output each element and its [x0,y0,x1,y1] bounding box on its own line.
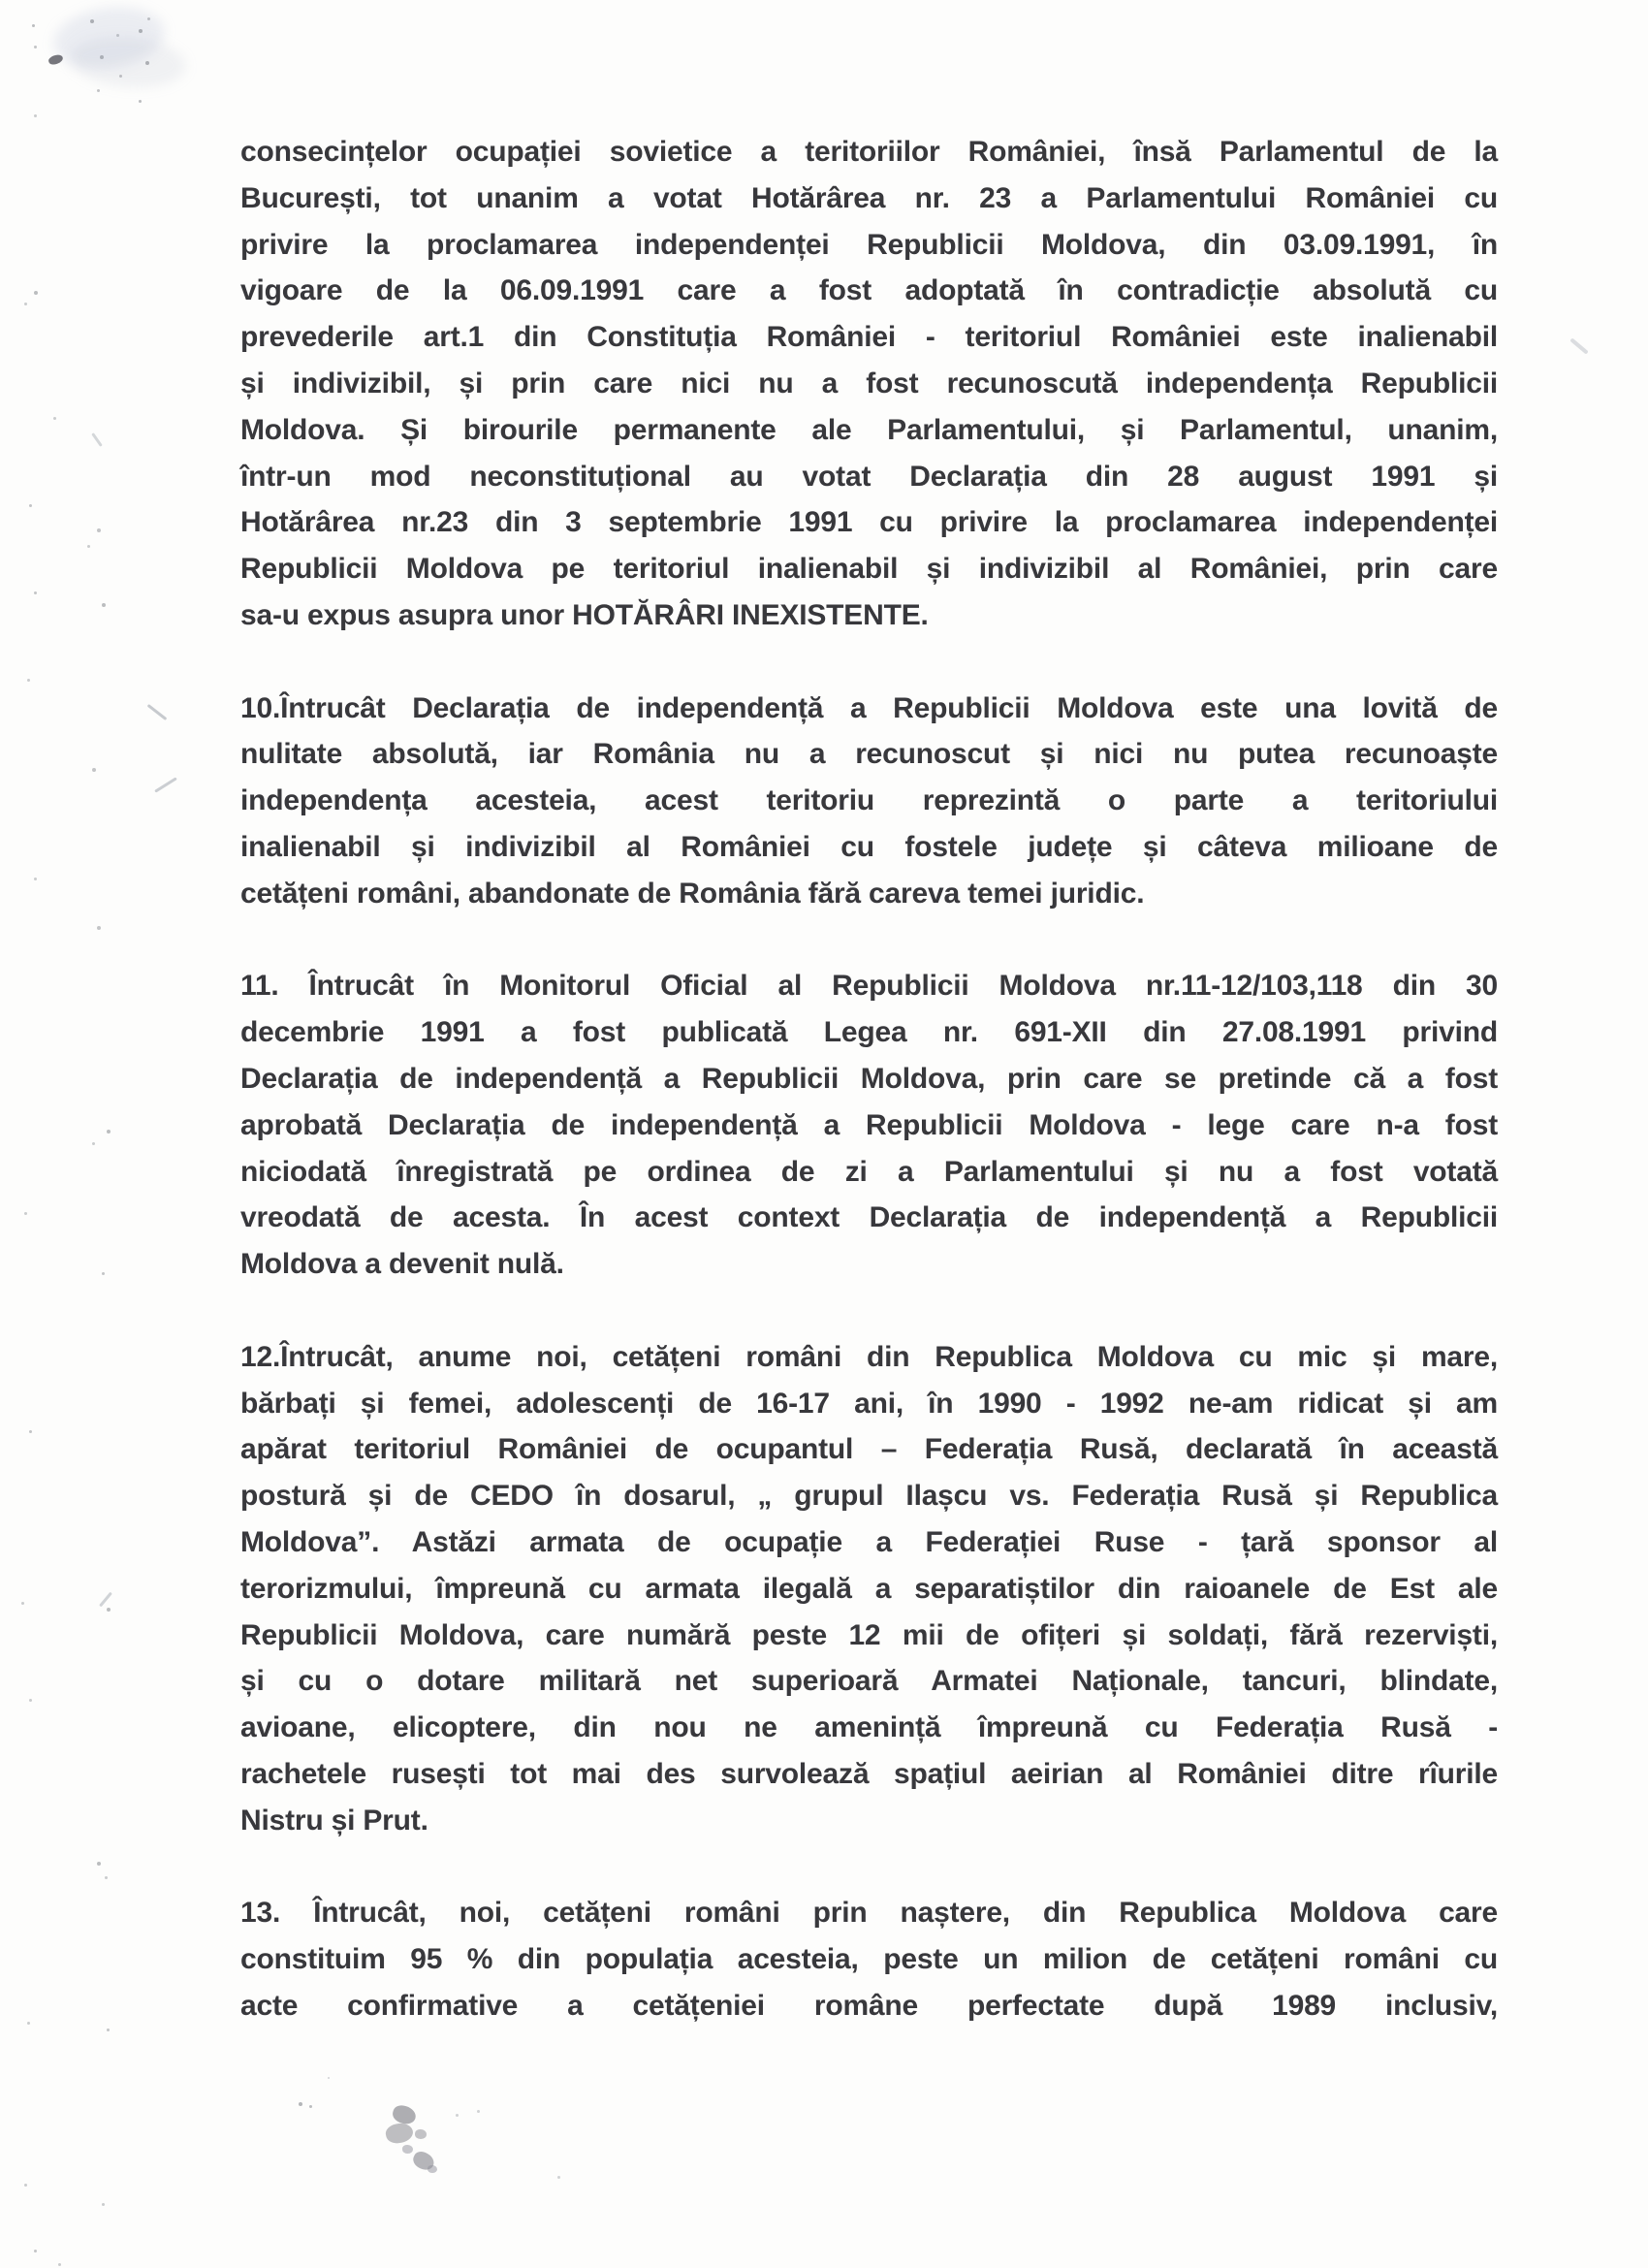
scan-speck [97,89,100,92]
text-line: Republicii Moldova, care numără peste 12… [240,1613,1498,1659]
scan-speck [309,2105,312,2108]
paragraph-item-13: 13. Întrucât, noi, cetățeni români prin … [240,1890,1498,2028]
text-line: privire la proclamarea independenței Rep… [240,222,1498,269]
text-line: 10.Întrucât Declarația de independență a… [240,686,1498,732]
text-line: Moldova. Și birourile permanente ale Par… [240,407,1498,454]
paragraph-item-10: 10.Întrucât Declarația de independență a… [240,686,1498,917]
text-line: București, tot unanim a votat Hotărârea … [240,176,1498,222]
scan-speck [477,2110,480,2113]
scan-speck [97,528,101,532]
text-line: constituim 95 % din populația acesteia, … [240,1936,1498,1983]
scan-speck [102,2203,105,2206]
scan-speck [27,679,30,682]
scan-speck [102,1272,105,1275]
text-line: decembrie 1991 a fost publicată Legea nr… [240,1009,1498,1056]
scan-speck [58,2263,61,2266]
text-line: bărbați și femei, adolescenți de 16-17 a… [240,1381,1498,1427]
text-line: sa-u expus asupra unor HOTĂRÂRI INEXISTE… [240,592,1498,639]
text-line: independența acesteia, acest teritoriu r… [240,778,1498,824]
scan-speck [53,417,56,420]
scan-speck [34,291,38,295]
scan-speck [105,1876,108,1879]
scan-speck [87,545,90,548]
text-line: prevederile art.1 din Constituția Români… [240,314,1498,361]
scan-ink-blot [415,2129,427,2139]
scan-speck [139,100,142,103]
text-line: 12.Întrucât, anume noi, cetățeni români … [240,1334,1498,1381]
text-line: cetățeni români, abandonate de România f… [240,871,1498,917]
scan-speck [328,2077,330,2079]
scan-speck [21,1602,24,1605]
text-line: Republicii Moldova pe teritoriul inalien… [240,546,1498,592]
paragraph-item-11: 11. Întrucât în Monitorul Oficial al Rep… [240,963,1498,1288]
text-line: 11. Întrucât în Monitorul Oficial al Rep… [240,963,1498,1009]
scan-speck [119,75,122,78]
scan-speck [97,1862,101,1866]
scan-speck [34,114,37,117]
scan-speck [147,17,150,20]
text-line: terorizmului, împreună cu armata ilegală… [240,1566,1498,1613]
text-line: Nistru și Prut. [240,1798,1498,1844]
scan-speck [29,504,32,507]
text-line: și cu o dotare militară net superioară A… [240,1658,1498,1705]
text-line: acte confirmative a cetățeniei române pe… [240,1983,1498,2029]
document-text: consecințelor ocupației sovietice a teri… [240,129,1498,2075]
scan-speck [116,34,119,37]
scan-speck [34,46,37,48]
scan-speck [27,2022,30,2025]
text-line: nulitate absolută, iar România nu a recu… [240,731,1498,778]
text-line: consecințelor ocupației sovietice a teri… [240,129,1498,176]
scan-speck [24,1212,27,1215]
text-line: 13. Întrucât, noi, cetățeni români prin … [240,1890,1498,1936]
scan-speck [92,1142,95,1145]
scan-ink-blot [402,2145,413,2154]
scan-speck [145,61,149,65]
scan-speck [29,1699,32,1702]
scan-speck [34,2250,37,2252]
text-line: Hotărârea nr.23 din 3 septembrie 1991 cu… [240,499,1498,546]
text-line: Moldova a devenit nulă. [240,1241,1498,1288]
scan-speck [299,2102,302,2106]
paragraph-item-12: 12.Întrucât, anume noi, cetățeni români … [240,1334,1498,1844]
scan-speck [102,603,106,607]
text-line: aprobată Declarația de independență a Re… [240,1102,1498,1149]
scan-speck [90,19,94,23]
scan-speck [97,926,101,930]
text-line: rachetele rusești tot mai des survolează… [240,1751,1498,1798]
scanned-page: { "page": { "type": "scanned-document-pa… [0,0,1648,2268]
scan-speck [557,2176,560,2179]
scan-ink-blot [428,2165,437,2173]
scan-speck [24,2184,27,2187]
text-line: niciodată înregistrată pe ordinea de zi … [240,1149,1498,1196]
scan-speck [456,2114,459,2117]
scan-speck [32,24,35,27]
text-line: Declarația de independență a Republicii … [240,1056,1498,1102]
text-line: vreodată de acesta. În acest context Dec… [240,1195,1498,1241]
text-line: avioane, elicoptere, din nou ne amenință… [240,1705,1498,1751]
scan-speck [107,1130,111,1134]
scan-speck [34,878,37,880]
text-line: inalienabil și indivizibil al României c… [240,824,1498,871]
text-line: Moldova”. Astăzi armata de ocupație a Fe… [240,1519,1498,1566]
scan-speck [139,29,143,33]
scan-speck [107,1608,111,1612]
scan-speck [92,768,96,772]
text-line: apărat teritoriul României de ocupantul … [240,1426,1498,1473]
text-line: vigoare de la 06.09.1991 care a fost ado… [240,268,1498,314]
text-line: și indivizibil, și prin care nici nu a f… [240,361,1498,407]
scan-speck [107,2028,110,2031]
scan-speck [24,303,27,305]
text-line: postură și de CEDO în dosarul, „ grupul … [240,1473,1498,1519]
scan-speck [34,591,37,594]
paragraph-continuation: consecințelor ocupației sovietice a teri… [240,129,1498,639]
text-line: într-un mod neconstituțional au votat De… [240,454,1498,500]
scan-speck [100,55,104,59]
scan-speck [29,1430,32,1433]
